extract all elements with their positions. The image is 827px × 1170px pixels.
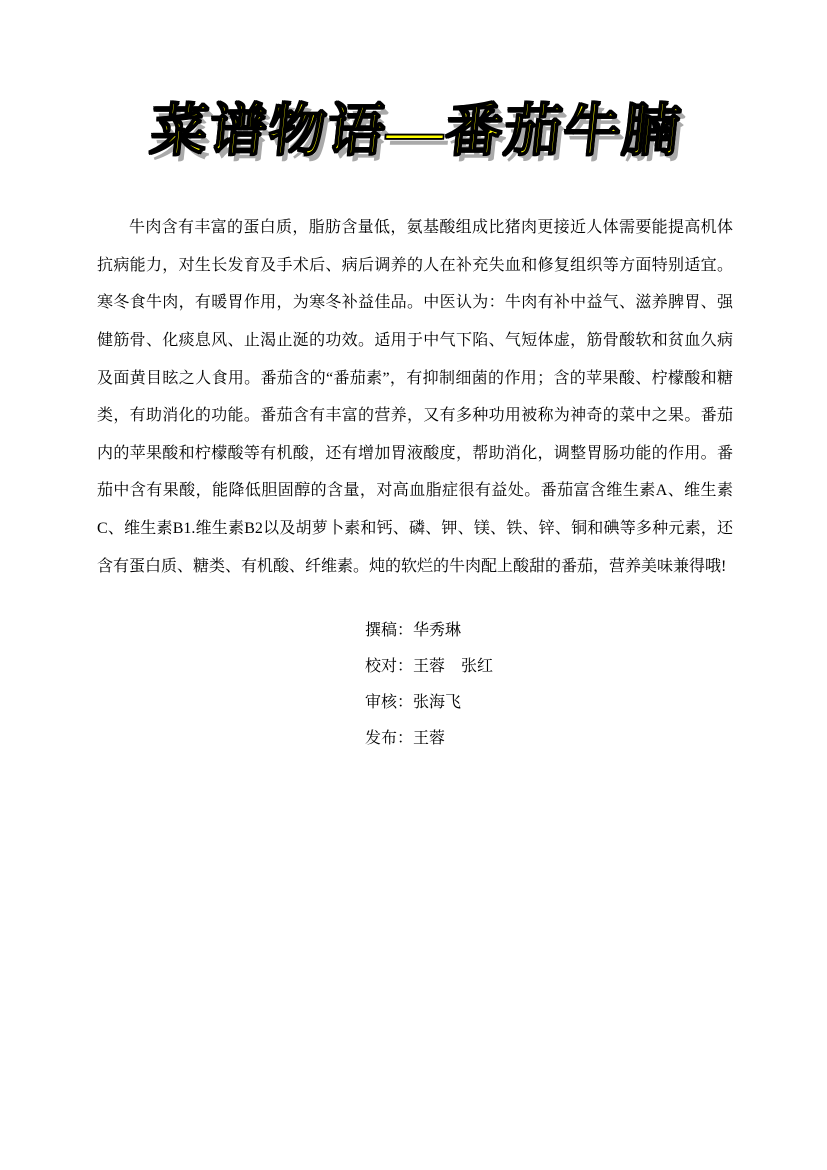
page-content: 菜谱物语—番茄牛腩 牛肉含有丰富的蛋白质，脂肪含量低，氨基酸组成比猪肉更接近人体…: [97, 0, 735, 757]
document-page: 菜谱物语—番茄牛腩 牛肉含有丰富的蛋白质，脂肪含量低，氨基酸组成比猪肉更接近人体…: [0, 0, 827, 1170]
credit-line-publisher: 发布：王蓉: [365, 721, 735, 757]
credit-line-reviewer: 审核：张海飞: [365, 685, 735, 721]
credits-block: 撰稿：华秀琳 校对：王蓉 张红 审核：张海飞 发布：王蓉: [365, 613, 735, 757]
wordart-title: 菜谱物语—番茄牛腩: [93, 96, 738, 167]
credit-line-writer: 撰稿：华秀琳: [365, 613, 735, 649]
credit-line-proofreader: 校对：王蓉 张红: [365, 649, 735, 685]
body-paragraph: 牛肉含有丰富的蛋白质，脂肪含量低，氨基酸组成比猪肉更接近人体需要能提高机体抗病能…: [97, 209, 733, 585]
